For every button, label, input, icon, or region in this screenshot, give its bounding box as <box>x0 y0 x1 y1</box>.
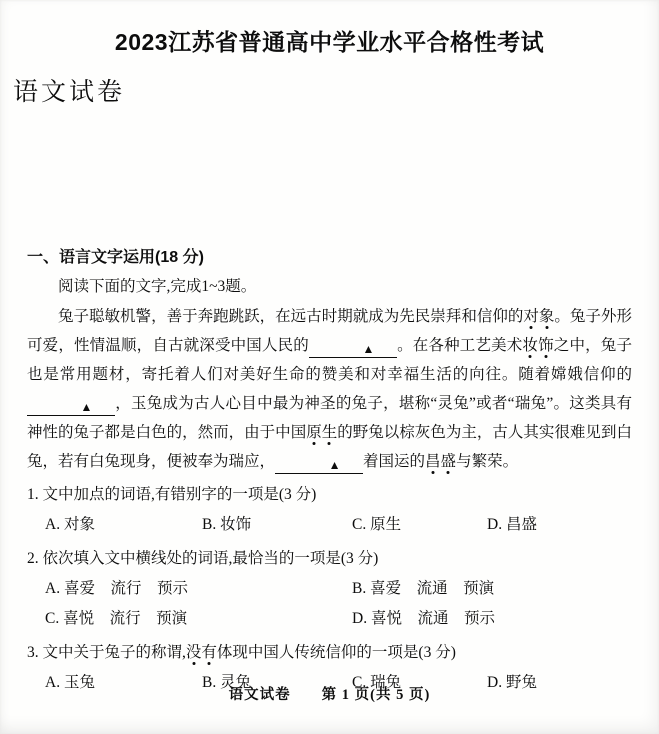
emphasis-char: 原 <box>306 424 322 441</box>
exam-paper-page: 2023江苏省普通高中学业水平合格性考试 语文试卷 一、语言文字运用(18 分)… <box>0 0 659 734</box>
emphasis-char: 没 <box>186 644 202 661</box>
emphasis-char: 生 <box>322 424 338 441</box>
passage-paragraph: 兔子聪敏机警，善于奔跑跳跃，在远古时期就成为先民崇拜和信仰的对象。兔子外形可爱，… <box>27 302 632 476</box>
paper-name: 语文试卷 <box>13 72 659 108</box>
emphasis-char: 象 <box>539 308 555 325</box>
question-block-1: 1. 文中加点的词语,有错别字的一项是(3 分) A. 对象 B. 妆饰 C. … <box>27 480 632 540</box>
blank-line: ▲ <box>275 457 363 474</box>
option-item: C. 原生 <box>352 510 487 540</box>
page-footer: 语文试卷 第 1 页(共 5 页) <box>0 683 659 704</box>
option-item: A. 喜爱 流行 预示 <box>45 574 352 604</box>
emphasis-char: 对 <box>523 308 539 325</box>
option-item: A. 对象 <box>45 510 202 540</box>
question-stem: 1. 文中加点的词语,有错别字的一项是(3 分) <box>27 480 632 510</box>
reading-instruction: 阅读下面的文字,完成1~3题。 <box>27 272 632 302</box>
option-item: B. 妆饰 <box>202 510 352 540</box>
option-item: C. 喜悦 流行 预演 <box>45 604 352 634</box>
emphasis-char: 有 <box>201 644 217 661</box>
question-stem: 2. 依次填入文中横线处的词语,最恰当的一项是(3 分) <box>27 544 632 574</box>
option-item: D. 昌盛 <box>487 510 632 540</box>
option-row: A. 对象 B. 妆饰 C. 原生 D. 昌盛 <box>27 510 632 540</box>
question-stem: 3. 文中关于兔子的称谓,没有体现中国人传统信仰的一项是(3 分) <box>27 638 632 668</box>
page-content: 一、语言文字运用(18 分) 阅读下面的文字,完成1~3题。 兔子聪敏机警，善于… <box>27 244 632 698</box>
blank-line: ▲ <box>27 399 115 416</box>
question-list: 1. 文中加点的词语,有错别字的一项是(3 分) A. 对象 B. 妆饰 C. … <box>27 480 632 698</box>
question-block-2: 2. 依次填入文中横线处的词语,最恰当的一项是(3 分) A. 喜爱 流行 预示… <box>27 544 632 634</box>
section-heading: 一、语言文字运用(18 分) <box>27 244 632 267</box>
emphasis-char: 盛 <box>441 453 457 470</box>
option-item: B. 喜爱 流通 预演 <box>352 574 632 604</box>
emphasis-char: 昌 <box>425 453 441 470</box>
option-item: D. 喜悦 流通 预示 <box>352 604 632 634</box>
blank-line: ▲ <box>309 341 397 358</box>
option-grid: A. 喜爱 流行 预示 B. 喜爱 流通 预演 C. 喜悦 流行 预演 D. 喜… <box>27 574 632 634</box>
emphasis-char: 妆 <box>522 337 538 354</box>
emphasis-char: 饰 <box>538 337 554 354</box>
page-title: 2023江苏省普通高中学业水平合格性考试 <box>0 0 659 57</box>
